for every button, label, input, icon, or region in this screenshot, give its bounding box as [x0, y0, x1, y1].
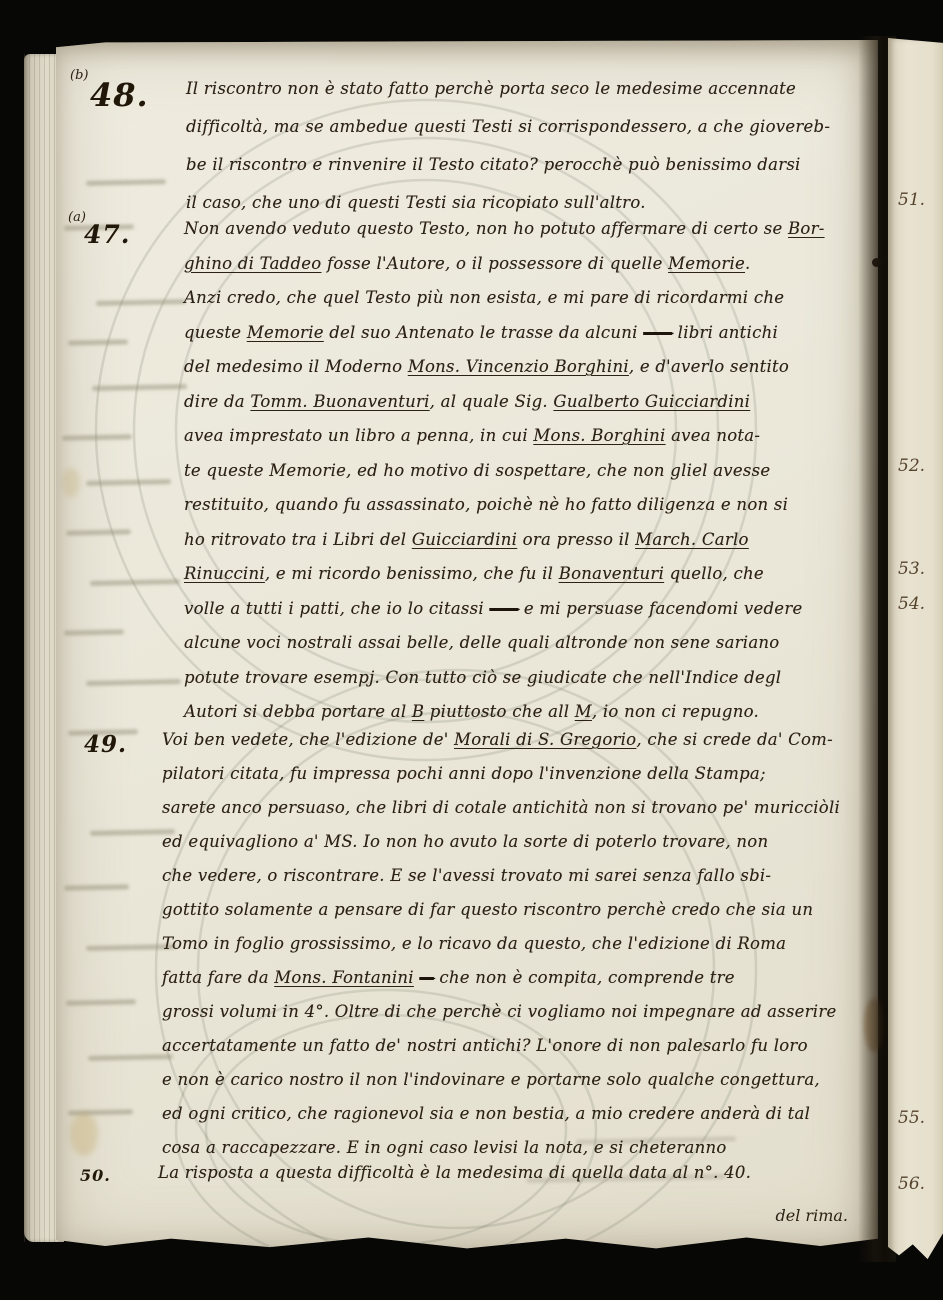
margin-number: 48. — [90, 76, 149, 114]
manuscript-line: dire da Tomm. Buonaventuri, al quale Sig… — [184, 385, 825, 420]
ghost-writing-mark — [90, 579, 180, 586]
underlined-name: Memorie — [668, 254, 745, 273]
section-body: Il riscontro non è stato fatto perchè po… — [186, 70, 830, 222]
manuscript-line: te queste Memorie, ed ho motivo di sospe… — [184, 454, 825, 489]
manuscript-line: sarete anco persuaso, che libri di cotal… — [162, 791, 840, 825]
manuscript-line: accertatamente un fatto de' nostri antic… — [162, 1029, 840, 1063]
struck-out-word: —— — [489, 599, 518, 618]
ghost-writing-mark — [86, 179, 166, 186]
manuscript-line: gottito solamente a pensare di far quest… — [162, 893, 840, 927]
manuscript-line: alcune voci nostrali assai belle, delle … — [184, 626, 825, 661]
manuscript-line: e non è carico nostro il non l'indovinar… — [162, 1063, 840, 1097]
manuscript-line: be il riscontro e rinvenire il Testo cit… — [186, 146, 830, 184]
manuscript-line: Voi ben vedete, che l'edizione de' Moral… — [162, 723, 840, 757]
manuscript-line: Rinuccini, e mi ricordo benissimo, che f… — [184, 557, 825, 592]
manuscript-line: del medesimo il Moderno Mons. Vincenzio … — [184, 350, 825, 385]
underlined-name: March. Carlo — [635, 530, 749, 549]
underlined-name: M — [575, 702, 592, 721]
manuscript-line: ho ritrovato tra i Libri del Guicciardin… — [184, 523, 825, 558]
catchword: del rima. — [776, 1206, 848, 1225]
underlined-name: Rinuccini — [184, 564, 265, 583]
manuscript-line: difficoltà, ma se ambedue questi Testi s… — [186, 108, 830, 146]
underlined-name: Mons. Fontanini — [274, 968, 414, 987]
age-stain — [62, 468, 80, 498]
manuscript-photograph: (b)48.Il riscontro non è stato fatto per… — [0, 0, 943, 1300]
manuscript-line: La risposta a questa difficoltà è la med… — [158, 1162, 751, 1184]
manuscript-line: ed ogni critico, che ragionevol sia e no… — [162, 1097, 840, 1131]
margin-number: 47. — [84, 220, 131, 249]
manuscript-line: ghino di Taddeo fosse l'Autore, o il pos… — [184, 247, 825, 282]
manuscript-line: ed equivagliono a' MS. Io non ho avuto l… — [162, 825, 840, 859]
age-stain — [70, 1112, 98, 1156]
ghost-writing-mark — [68, 339, 128, 345]
underlined-name: Tomm. Buonaventuri — [250, 392, 429, 411]
margin-number: 50. — [80, 1166, 111, 1185]
manuscript-line: grossi volumi in 4°. Oltre di che perchè… — [162, 995, 840, 1029]
struck-out-word: — — [419, 968, 434, 987]
section-body: La risposta a questa difficoltà è la med… — [158, 1162, 751, 1184]
ghost-writing-mark — [86, 479, 171, 486]
manuscript-line: fatta fare da Mons. Fontanini — che non … — [162, 961, 840, 995]
underlined-name: Bor- — [788, 219, 825, 238]
underlined-name: ghino di Taddeo — [184, 254, 322, 273]
underlined-name: Mons. Vincenzio Borghini — [408, 357, 629, 376]
folio-number-53: 53. — [898, 559, 925, 579]
margin-letter-note: (b) — [70, 68, 88, 83]
underlined-name: Memorie — [247, 323, 324, 342]
margin-number: 49. — [84, 731, 127, 758]
manuscript-line: queste Memorie del suo Antenato le trass… — [184, 316, 825, 351]
ghost-writing-mark — [64, 629, 124, 635]
manuscript-line: potute trovare esempj. Con tutto ciò se … — [184, 661, 825, 696]
underlined-name: Bonaventuri — [559, 564, 664, 583]
section-body: Voi ben vedete, che l'edizione de' Moral… — [162, 723, 840, 1165]
manuscript-line: che vedere, o riscontrare. E se l'avessi… — [162, 859, 840, 893]
ghost-writing-mark — [96, 299, 186, 306]
ghost-writing-mark — [88, 1054, 173, 1061]
ghost-writing-mark — [68, 1109, 133, 1115]
manuscript-line: volle a tutti i patti, che io lo citassi… — [184, 592, 825, 627]
ghost-writing-mark — [62, 434, 132, 440]
folio-number-51: 51. — [898, 190, 925, 210]
manuscript-line: Non avendo veduto questo Testo, non ho p… — [184, 212, 825, 247]
manuscript-line: avea imprestato un libro a penna, in cui… — [184, 419, 825, 454]
ghost-writing-mark — [66, 999, 136, 1005]
manuscript-line: cosa a raccapezzare. E in ogni caso levi… — [162, 1131, 840, 1165]
folio-number-52: 52. — [898, 456, 925, 476]
manuscript-line: Anzi credo, che quel Testo più non esist… — [184, 281, 825, 316]
manuscript-line: restituito, quando fu assassinato, poich… — [184, 488, 825, 523]
next-page-fore-edge: 51.52.53.54.55.56. — [888, 38, 943, 1264]
underlined-name: Guicciardini — [412, 530, 517, 549]
ghost-writing-mark — [64, 884, 129, 890]
folio-number-54: 54. — [898, 594, 925, 614]
ghost-writing-mark — [66, 529, 131, 535]
underlined-name: Morali di S. Gregorio — [454, 730, 636, 749]
manuscript-line: Tomo in foglio grossissimo, e lo ricavo … — [162, 927, 840, 961]
ghost-writing-mark — [86, 679, 181, 686]
section-body: Non avendo veduto questo Testo, non ho p… — [184, 212, 825, 730]
manuscript-line: pilatori citata, fu impressa pochi anni … — [162, 757, 840, 791]
struck-out-word: —— — [643, 323, 672, 342]
underlined-name: Gualberto Guicciardini — [553, 392, 750, 411]
manuscript-page: (b)48.Il riscontro non è stato fatto per… — [56, 40, 878, 1252]
folio-number-56: 56. — [898, 1174, 925, 1194]
manuscript-line: Il riscontro non è stato fatto perchè po… — [186, 70, 830, 108]
ghost-writing-mark — [92, 384, 187, 391]
underlined-name: B — [412, 702, 424, 721]
folio-number-55: 55. — [898, 1108, 925, 1128]
underlined-name: Mons. Borghini — [533, 426, 665, 445]
